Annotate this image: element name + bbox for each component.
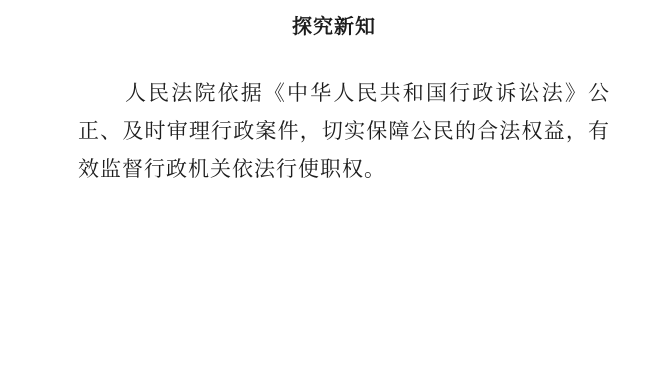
page-title: 探究新知 <box>0 0 668 39</box>
slide-canvas: 探究新知 人民法院依据《中华人民共和国行政诉讼法》公正、及时审理行政案件，切实保… <box>0 0 668 376</box>
blank-area <box>0 195 668 376</box>
body-paragraph: 人民法院依据《中华人民共和国行政诉讼法》公正、及时审理行政案件，切实保障公民的合… <box>78 74 610 188</box>
